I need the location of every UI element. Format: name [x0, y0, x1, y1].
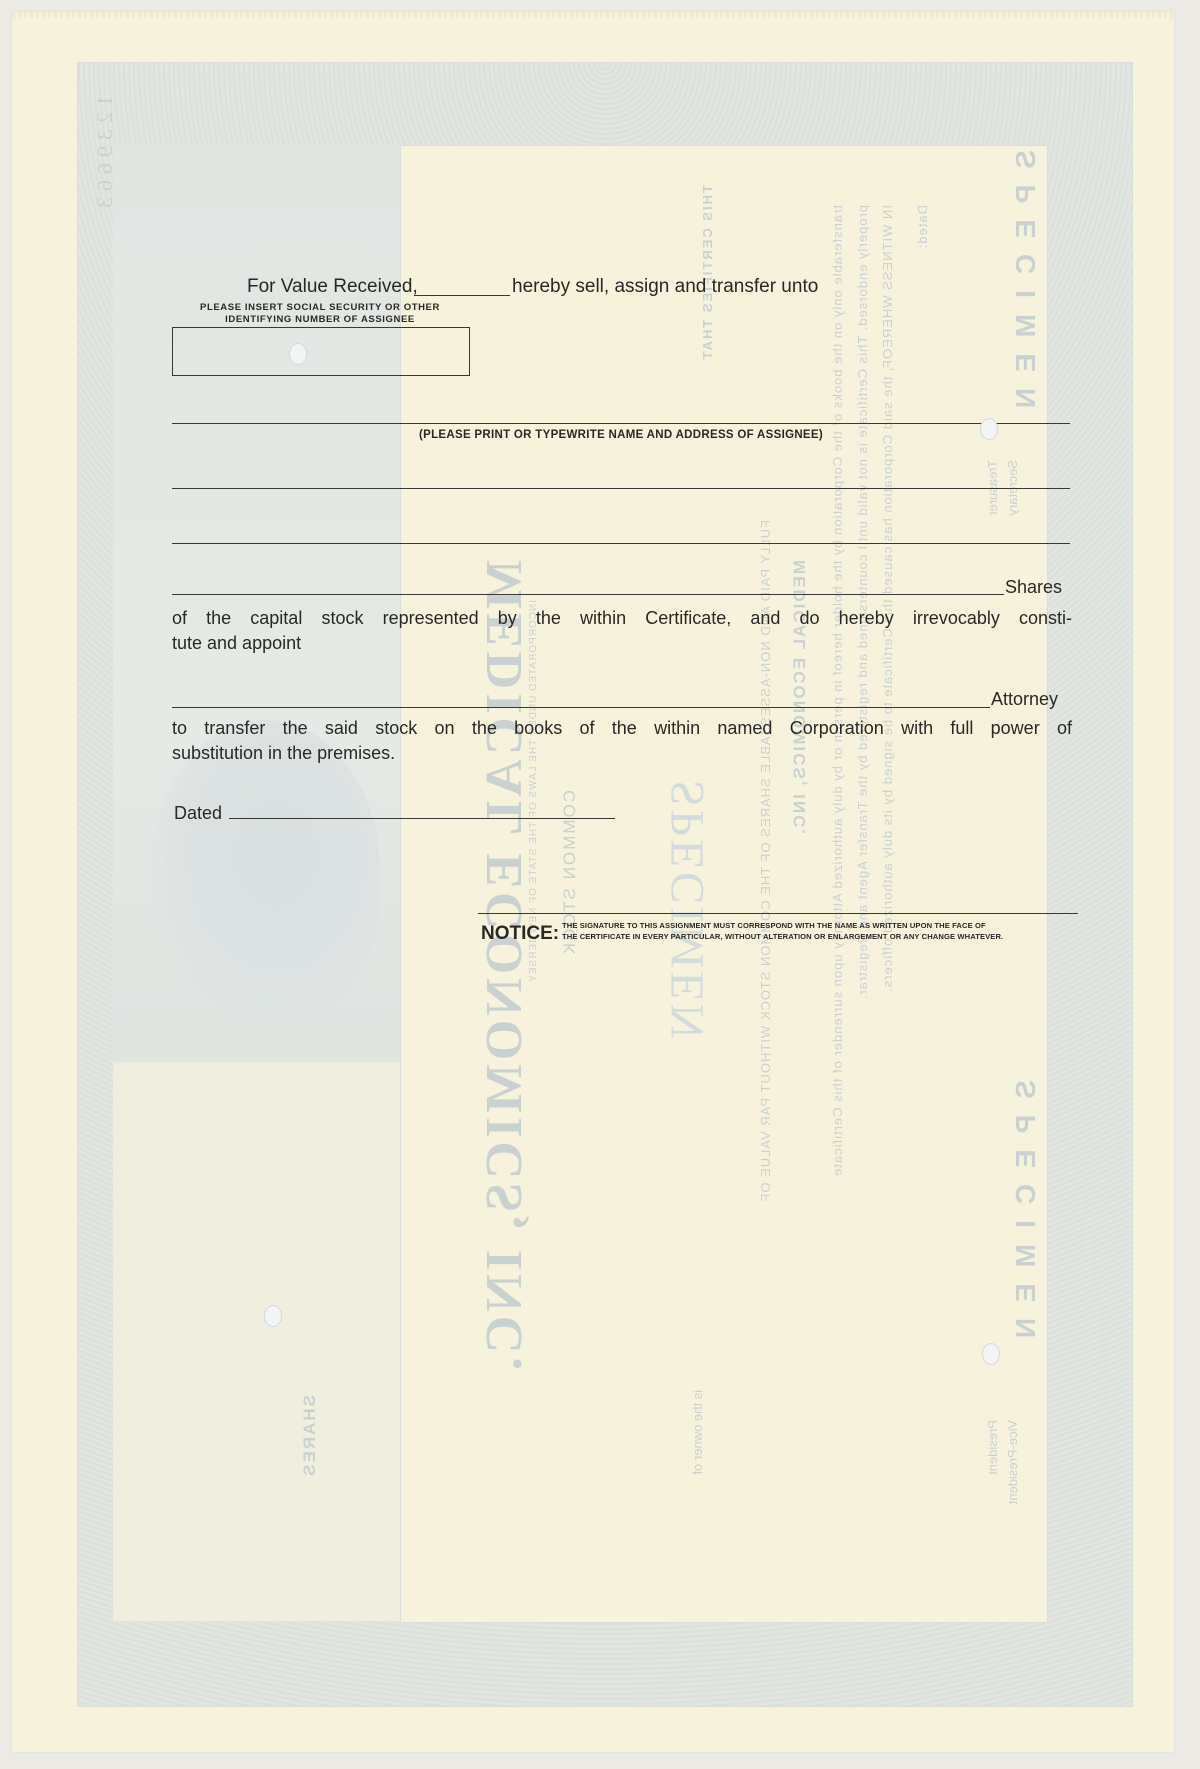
dated-line[interactable]: [229, 818, 615, 819]
punch-hole: [982, 1343, 1000, 1365]
ghost-certifies: THIS CERTIFIES THAT: [700, 185, 715, 361]
dated-label: Dated: [174, 801, 222, 826]
transfer-line1: to transfer the said stock on the books …: [172, 716, 1072, 741]
hereby-transfer-text: hereby sell, assign and transfer unto: [512, 276, 818, 298]
ghost-dated: Dated:: [915, 205, 930, 249]
notice-line1: THE SIGNATURE TO THIS ASSIGNMENT MUST CO…: [562, 920, 1003, 931]
ghost-properly-endorsed: properly endorsed. This Certificate is n…: [855, 205, 870, 1000]
ghost-is-the-owner: is the owner of: [690, 1390, 705, 1475]
attorney-name-line[interactable]: [172, 707, 990, 708]
ssn-caption-line1: PLEASE INSERT SOCIAL SECURITY OR OTHER: [170, 302, 470, 314]
notice-text: THE SIGNATURE TO THIS ASSIGNMENT MUST CO…: [562, 920, 1003, 942]
ssn-caption-line2: IDENTIFYING NUMBER OF ASSIGNEE: [170, 314, 470, 326]
ghost-specimen-center: SPECIMEN: [660, 780, 715, 1041]
punch-hole: [289, 343, 307, 365]
punch-hole: [264, 1305, 282, 1327]
ghost-transferable: transferable only on the books of the Co…: [830, 205, 845, 1177]
assignee-address-line-2[interactable]: [172, 543, 1070, 544]
notice-line2: THE CERTIFICATE IN EVERY PARTICULAR, WIT…: [562, 931, 1003, 942]
consideration-blank[interactable]: [414, 295, 510, 296]
ghost-vice-president: Vice-President: [1005, 1420, 1020, 1504]
ghost-shares: SHARES: [300, 1395, 320, 1478]
ghost-specimen-bottom: SPECIMEN: [1010, 1080, 1042, 1354]
signature-line[interactable]: [478, 913, 1078, 914]
transfer-line2: substitution in the premises.: [172, 741, 1072, 766]
shares-count-line[interactable]: [172, 594, 1004, 595]
capital-stock-line1: of the capital stock represented by the …: [172, 606, 1072, 631]
shares-label: Shares: [1005, 575, 1062, 600]
ghost-witness: IN WITNESS WHEREOF, the said Corporation…: [880, 205, 895, 993]
capital-stock-text: of the capital stock represented by the …: [172, 606, 1072, 656]
assignee-name-line[interactable]: [172, 423, 1070, 424]
punch-hole: [980, 418, 998, 440]
ghost-specimen-top: SPECIMEN: [1010, 150, 1042, 424]
ghost-president: President: [985, 1420, 1000, 1475]
transfer-text: to transfer the said stock on the books …: [172, 716, 1072, 766]
ssn-caption: PLEASE INSERT SOCIAL SECURITY OR OTHER I…: [170, 302, 470, 326]
capital-stock-line2: tute and appoint: [172, 631, 1072, 656]
assignee-caption: (PLEASE PRINT OR TYPEWRITE NAME AND ADDR…: [0, 429, 1200, 441]
assignee-address-line-1[interactable]: [172, 488, 1070, 489]
ghost-serial-number: 1239663: [92, 95, 118, 214]
for-value-received-label: For Value Received,: [247, 276, 418, 298]
ghost-company-name: MEDICAL ECONOMICS, INC.: [475, 560, 534, 1374]
vignette-lower-panel: [113, 1062, 400, 1621]
ssn-input-box[interactable]: [172, 327, 470, 376]
notice-label: NOTICE:: [481, 923, 559, 945]
ghost-medical-economics: MEDICAL ECONOMICS, INC.: [790, 560, 810, 836]
perforated-top-edge: [12, 12, 1174, 18]
attorney-label: Attorney: [991, 687, 1058, 712]
